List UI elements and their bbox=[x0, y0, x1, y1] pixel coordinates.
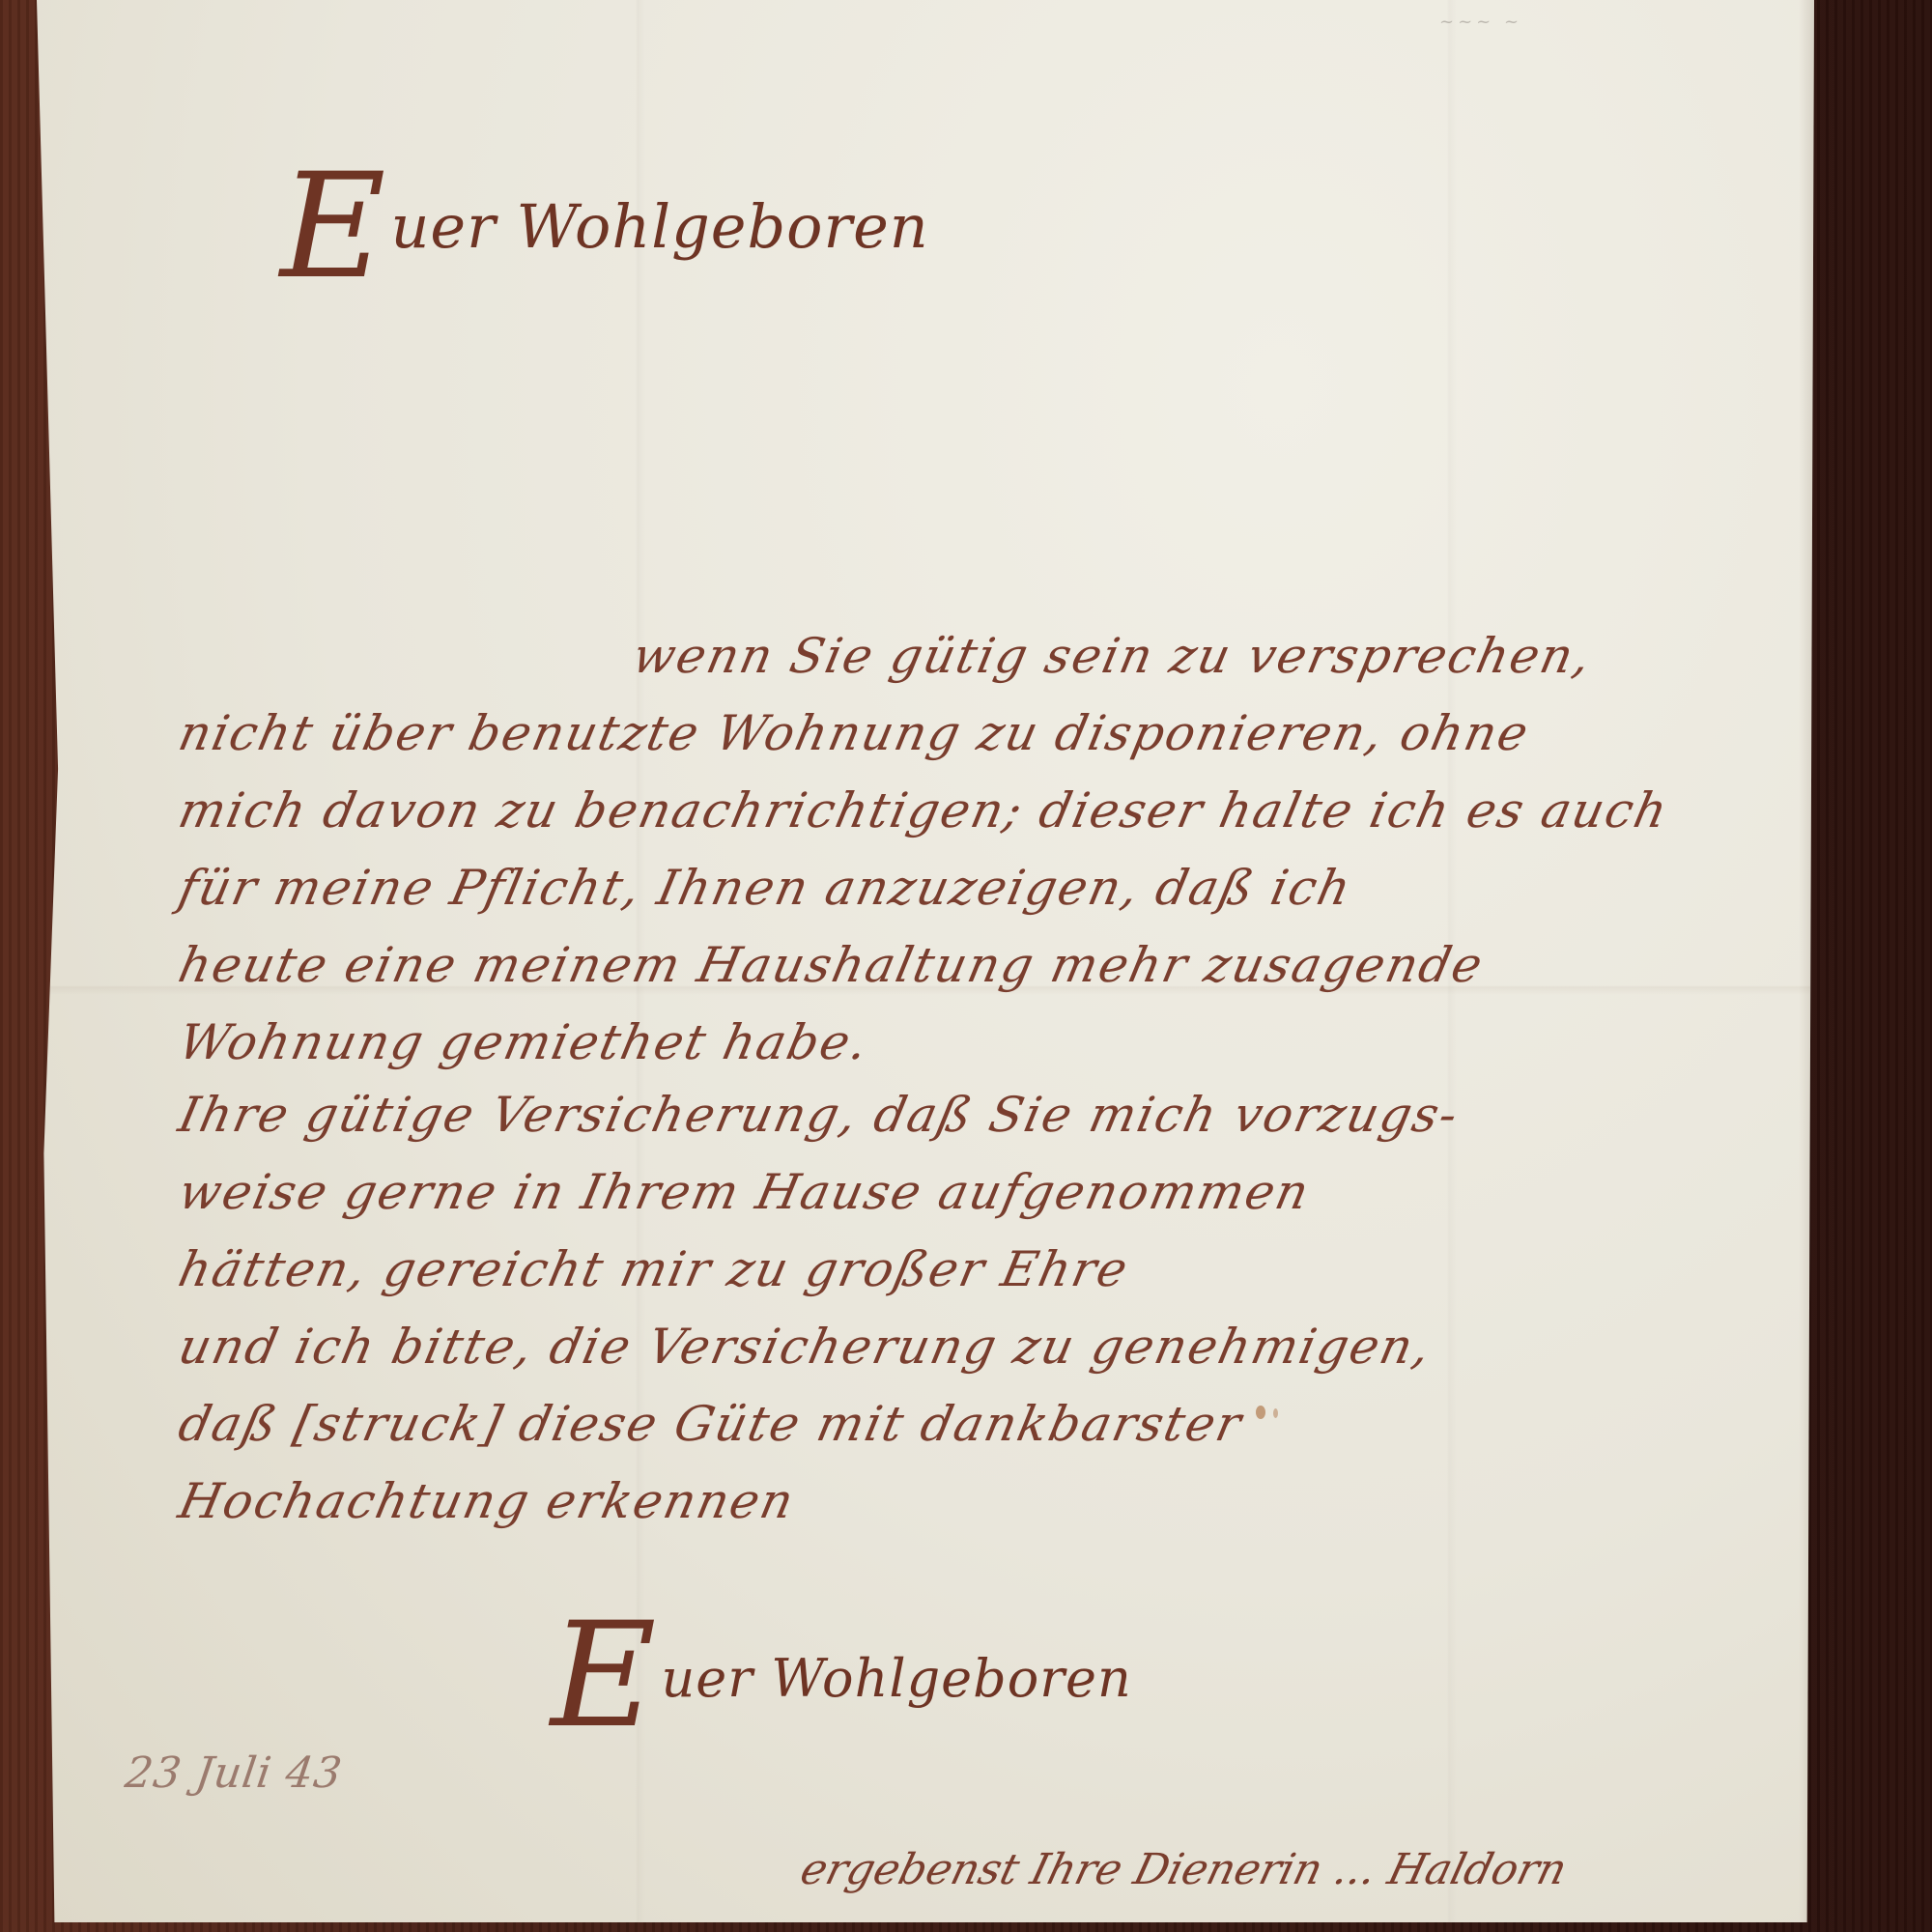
body-line-10: und ich bitte, die Versicherung zu geneh… bbox=[174, 1319, 1437, 1375]
closing-text: uer Wohlgeboren bbox=[662, 1648, 1132, 1709]
letter-date: 23 Juli 43 bbox=[122, 1748, 345, 1798]
body-line-12: Hochachtung erkennen bbox=[174, 1473, 800, 1529]
corner-mark: ~~~ ~ bbox=[1439, 12, 1565, 31]
body-line-4: für meine Pflicht, Ihnen anzuzeigen, daß… bbox=[174, 860, 1357, 916]
ink-stain-small bbox=[1273, 1408, 1278, 1418]
closing-salutation: Euer Wohlgeboren bbox=[551, 1633, 1132, 1719]
body-line-6: Wohnung gemiethet habe. bbox=[174, 1014, 874, 1070]
body-line-8: weise gerne in Ihrem Hause aufgenommen bbox=[174, 1164, 1316, 1220]
salutation: Euer Wohlgeboren bbox=[280, 184, 929, 270]
body-line-1: wenn Sie gütig sein zu versprechen, bbox=[628, 628, 1598, 684]
body-line-9: hätten, gereicht mir zu großer Ehre bbox=[174, 1241, 1134, 1297]
closing-initial: E bbox=[551, 1592, 658, 1760]
body-line-3: mich davon zu benachrichtigen; dieser ha… bbox=[174, 782, 1674, 838]
body-line-7: Ihre gütige Versicherung, daß Sie mich v… bbox=[174, 1087, 1464, 1143]
signature: ergebenst Ihre Dienerin ... Haldorn bbox=[796, 1845, 1572, 1894]
ink-stain bbox=[1256, 1406, 1265, 1419]
body-line-5: heute eine meinem Haushaltung mehr zusag… bbox=[174, 937, 1489, 993]
salutation-initial: E bbox=[280, 143, 387, 311]
body-line-2: nicht über benutzte Wohnung zu disponier… bbox=[174, 705, 1535, 761]
body-line-11-text: daß [struck] diese Güte mit dankbarster bbox=[174, 1396, 1248, 1452]
salutation-text: uer Wohlgeboren bbox=[391, 191, 929, 262]
body-line-11: daß [struck] diese Güte mit dankbarster bbox=[174, 1396, 1248, 1452]
